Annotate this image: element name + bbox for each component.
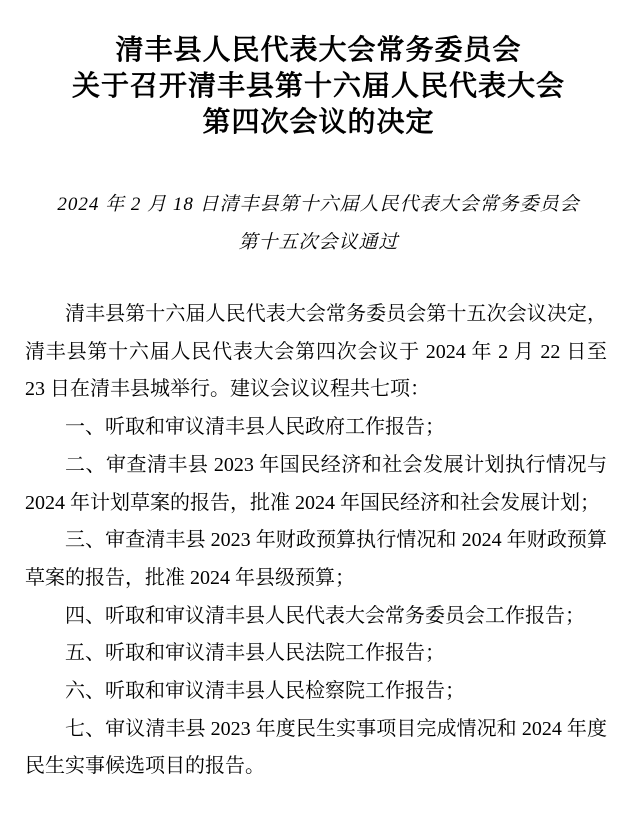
agenda-item-7: 七、审议清丰县 2023 年度民生实事项目完成情况和 2024 年度民生实事候选… (25, 711, 607, 786)
document-title: 清丰县人民代表大会常务委员会 关于召开清丰县第十六届人民代表大会 第四次会议的决… (0, 0, 637, 141)
agenda-item-6: 六、听取和审议清丰县人民检察院工作报告； (25, 673, 607, 711)
agenda-item-2: 二、审查清丰县 2023 年国民经济和社会发展计划执行情况与 2024 年计划草… (25, 447, 607, 522)
title-line-2: 关于召开清丰县第十六届人民代表大会 (0, 69, 637, 105)
agenda-item-3: 三、审查清丰县 2023 年财政预算执行情况和 2024 年财政预算草案的报告，… (25, 522, 607, 597)
intro-paragraph: 清丰县第十六届人民代表大会常务委员会第十五次会议决定，清丰县第十六届人民代表大会… (25, 296, 607, 409)
adoption-note: 2024 年 2 月 18 日清丰县第十六届人民代表大会常务委员会 第十五次会议… (0, 186, 637, 262)
agenda-item-5: 五、听取和审议清丰县人民法院工作报告； (25, 635, 607, 673)
adoption-note-line-1: 2024 年 2 月 18 日清丰县第十六届人民代表大会常务委员会 (0, 186, 637, 224)
agenda-item-4: 四、听取和审议清丰县人民代表大会常务委员会工作报告； (25, 598, 607, 636)
agenda-item-1: 一、听取和审议清丰县人民政府工作报告； (25, 409, 607, 447)
adoption-note-line-2: 第十五次会议通过 (0, 224, 637, 262)
title-line-1: 清丰县人民代表大会常务委员会 (0, 33, 637, 69)
document-body: 清丰县第十六届人民代表大会常务委员会第十五次会议决定，清丰县第十六届人民代表大会… (25, 296, 607, 786)
title-line-3: 第四次会议的决定 (0, 105, 637, 141)
document-page: 清丰县人民代表大会常务委员会 关于召开清丰县第十六届人民代表大会 第四次会议的决… (0, 0, 637, 827)
